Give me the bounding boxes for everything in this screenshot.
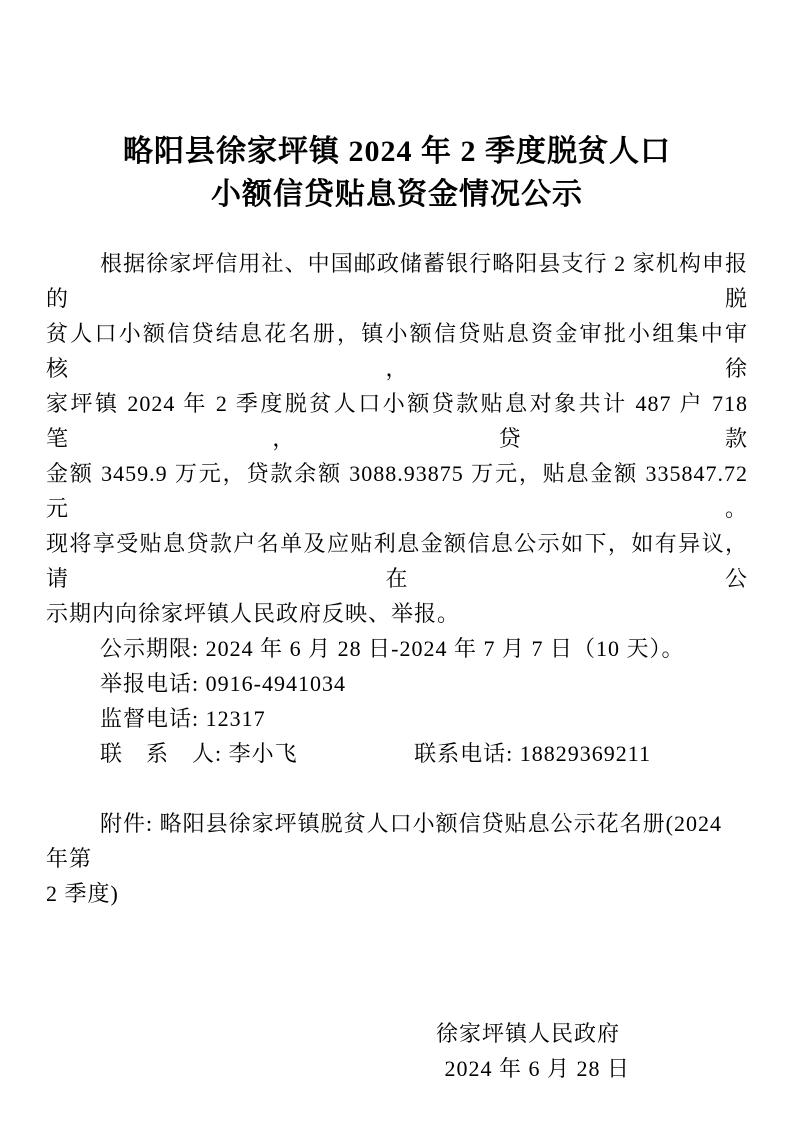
info-block: 公示期限: 2024 年 6 月 28 日-2024 年 7 月 7 日（10 … [46,631,748,771]
attachment-line-1: 附件: 略阳县徐家坪镇脱贫人口小额信贷贴息公示花名册(2024 年第 [46,806,748,876]
signature-date: 2024 年 6 月 28 日 [46,1051,630,1086]
paragraph-line: 示期内向徐家坪镇人民政府反映、举报。 [46,596,748,631]
document-page: 略阳县徐家坪镇 2024 年 2 季度脱贫人口 小额信贷贴息资金情况公示 根据徐… [0,0,793,1122]
paragraph-line: 根据徐家坪信用社、中国邮政储蓄银行略阳县支行 2 家机构申报的脱 [46,246,748,316]
body-paragraph: 根据徐家坪信用社、中国邮政储蓄银行略阳县支行 2 家机构申报的脱 贫人口小额信贷… [46,246,748,631]
report-phone-line: 举报电话: 0916-4941034 [46,666,748,701]
title-line-2: 小额信贷贴息资金情况公示 [46,173,748,216]
contact-phone-label: 联系电话: [414,741,513,766]
attachment-block: 附件: 略阳县徐家坪镇脱贫人口小额信贷贴息公示花名册(2024 年第 2 季度) [46,806,748,911]
paragraph-line: 现将享受贴息贷款户名单及应贴利息金额信息公示如下，如有异议，请在公 [46,526,748,596]
signature-block: 徐家坪镇人民政府 2024 年 6 月 28 日 [46,1016,748,1086]
paragraph-line: 贫人口小额信贷结息花名册，镇小额信贷贴息资金审批小组集中审核，徐 [46,316,748,386]
contact-name: 李小飞 [229,741,298,766]
contact-line: 联 系 人: 李小飞 联系电话: 18829369211 [46,736,748,771]
publicity-period-line: 公示期限: 2024 年 6 月 28 日-2024 年 7 月 7 日（10 … [46,631,748,666]
contact-name-label: 联 系 人: [100,741,222,766]
paragraph-line: 金额 3459.9 万元，贷款余额 3088.93875 万元，贴息金额 335… [46,456,748,526]
attachment-line-2: 2 季度) [46,876,748,911]
contact-phone: 18829369211 [520,741,651,766]
signature-organization: 徐家坪镇人民政府 [46,1016,620,1051]
paragraph-line: 家坪镇 2024 年 2 季度脱贫人口小额贷款贴息对象共计 487 户 718 … [46,386,748,456]
title-line-1: 略阳县徐家坪镇 2024 年 2 季度脱贫人口 [46,130,748,173]
document-title: 略阳县徐家坪镇 2024 年 2 季度脱贫人口 小额信贷贴息资金情况公示 [46,130,748,216]
supervision-phone-line: 监督电话: 12317 [46,701,748,736]
